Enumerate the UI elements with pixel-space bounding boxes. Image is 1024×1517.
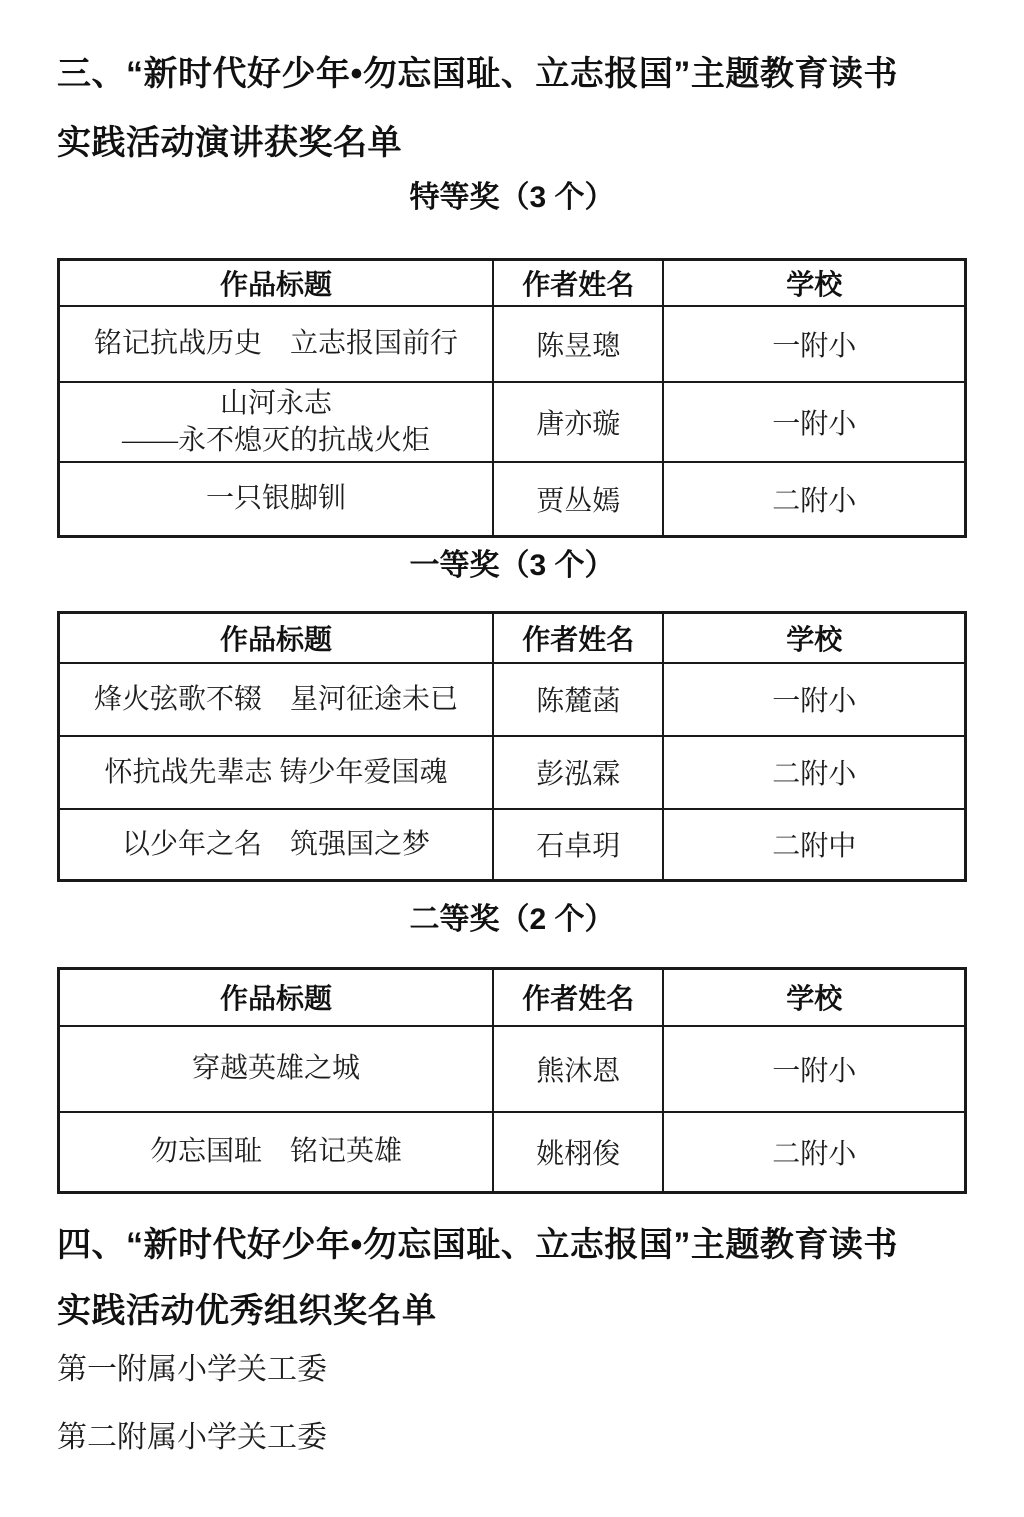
section4-heading: 四、“新时代好少年•勿忘国耻、立志报国”主题教育读书 实践活动优秀组织奖名单 [57,1212,967,1344]
table-row: 勿忘国耻 铭记英雄 姚栩俊 二附小 [59,1112,966,1193]
school-cell: 一附小 [663,663,965,736]
prize-title-second: 二等奖（2 个） [57,900,967,940]
awards-table-second: 作品标题 作者姓名 学校 穿越英雄之城 熊沐恩 一附小 勿忘国耻 铭记英雄 姚栩… [57,967,967,1194]
work-title-cell: 铭记抗战历史 立志报国前行 [59,306,493,382]
work-title-cell: 怀抗战先辈志 铸少年爱国魂 [59,736,493,809]
work-title-cell: 以少年之名 筑强国之梦 [59,809,493,881]
section3-heading-line2: 实践活动演讲获奖名单 [57,109,967,178]
col-header-work-title: 作品标题 [59,613,493,663]
school-cell: 二附小 [663,462,965,537]
table-row: 山河永志 ——永不熄灭的抗战火炬 唐亦璇 一附小 [59,382,966,462]
section4-heading-line1: 四、“新时代好少年•勿忘国耻、立志报国”主题教育读书 [57,1212,967,1278]
table-row: 以少年之名 筑强国之梦 石卓玥 二附中 [59,809,966,881]
col-header-author-name: 作者姓名 [493,260,664,306]
col-header-author-name: 作者姓名 [493,969,664,1026]
author-name-cell: 彭泓霖 [493,736,664,809]
organization-award-list: 第一附属小学关工委 第二附属小学关工委 [57,1336,967,1472]
col-header-school: 学校 [663,260,965,306]
author-name-cell: 陈麓菡 [493,663,664,736]
section4-heading-line2: 实践活动优秀组织奖名单 [57,1278,967,1344]
table-row: 铭记抗战历史 立志报国前行 陈昱璁 一附小 [59,306,966,382]
author-name-cell: 石卓玥 [493,809,664,881]
work-title-cell: 烽火弦歌不辍 星河征途未已 [59,663,493,736]
author-name-cell: 陈昱璁 [493,306,664,382]
school-cell: 二附小 [663,1112,965,1193]
table-row: 一只银脚钏 贾丛嫣 二附小 [59,462,966,537]
prize-title-first: 一等奖（3 个） [57,546,967,586]
col-header-author-name: 作者姓名 [493,613,664,663]
school-cell: 一附小 [663,382,965,462]
work-title-cell: 山河永志 ——永不熄灭的抗战火炬 [59,382,493,462]
school-cell: 一附小 [663,306,965,382]
table-row: 怀抗战先辈志 铸少年爱国魂 彭泓霖 二附小 [59,736,966,809]
section3-heading-line1: 三、“新时代好少年•勿忘国耻、立志报国”主题教育读书 [57,40,967,109]
author-name-cell: 姚栩俊 [493,1112,664,1193]
author-name-cell: 熊沐恩 [493,1026,664,1112]
section3-heading: 三、“新时代好少年•勿忘国耻、立志报国”主题教育读书 实践活动演讲获奖名单 [57,40,967,178]
work-title-cell: 穿越英雄之城 [59,1026,493,1112]
table-row: 烽火弦歌不辍 星河征途未已 陈麓菡 一附小 [59,663,966,736]
awards-table-special: 作品标题 作者姓名 学校 铭记抗战历史 立志报国前行 陈昱璁 一附小 山河永志 … [57,258,967,538]
school-cell: 一附小 [663,1026,965,1112]
school-cell: 二附小 [663,736,965,809]
table-header-row: 作品标题 作者姓名 学校 [59,260,966,306]
table-row: 穿越英雄之城 熊沐恩 一附小 [59,1026,966,1112]
col-header-school: 学校 [663,613,965,663]
author-name-cell: 唐亦璇 [493,382,664,462]
organization-item: 第一附属小学关工委 [57,1336,967,1404]
col-header-school: 学校 [663,969,965,1026]
document-page: 三、“新时代好少年•勿忘国耻、立志报国”主题教育读书 实践活动演讲获奖名单 特等… [0,0,1024,1517]
prize-title-special: 特等奖（3 个） [57,178,967,218]
table-header-row: 作品标题 作者姓名 学校 [59,613,966,663]
school-cell: 二附中 [663,809,965,881]
awards-table-first: 作品标题 作者姓名 学校 烽火弦歌不辍 星河征途未已 陈麓菡 一附小 怀抗战先辈… [57,611,967,882]
table-header-row: 作品标题 作者姓名 学校 [59,969,966,1026]
author-name-cell: 贾丛嫣 [493,462,664,537]
col-header-work-title: 作品标题 [59,260,493,306]
work-title-cell: 一只银脚钏 [59,462,493,537]
col-header-work-title: 作品标题 [59,969,493,1026]
organization-item: 第二附属小学关工委 [57,1404,967,1472]
work-title-cell: 勿忘国耻 铭记英雄 [59,1112,493,1193]
